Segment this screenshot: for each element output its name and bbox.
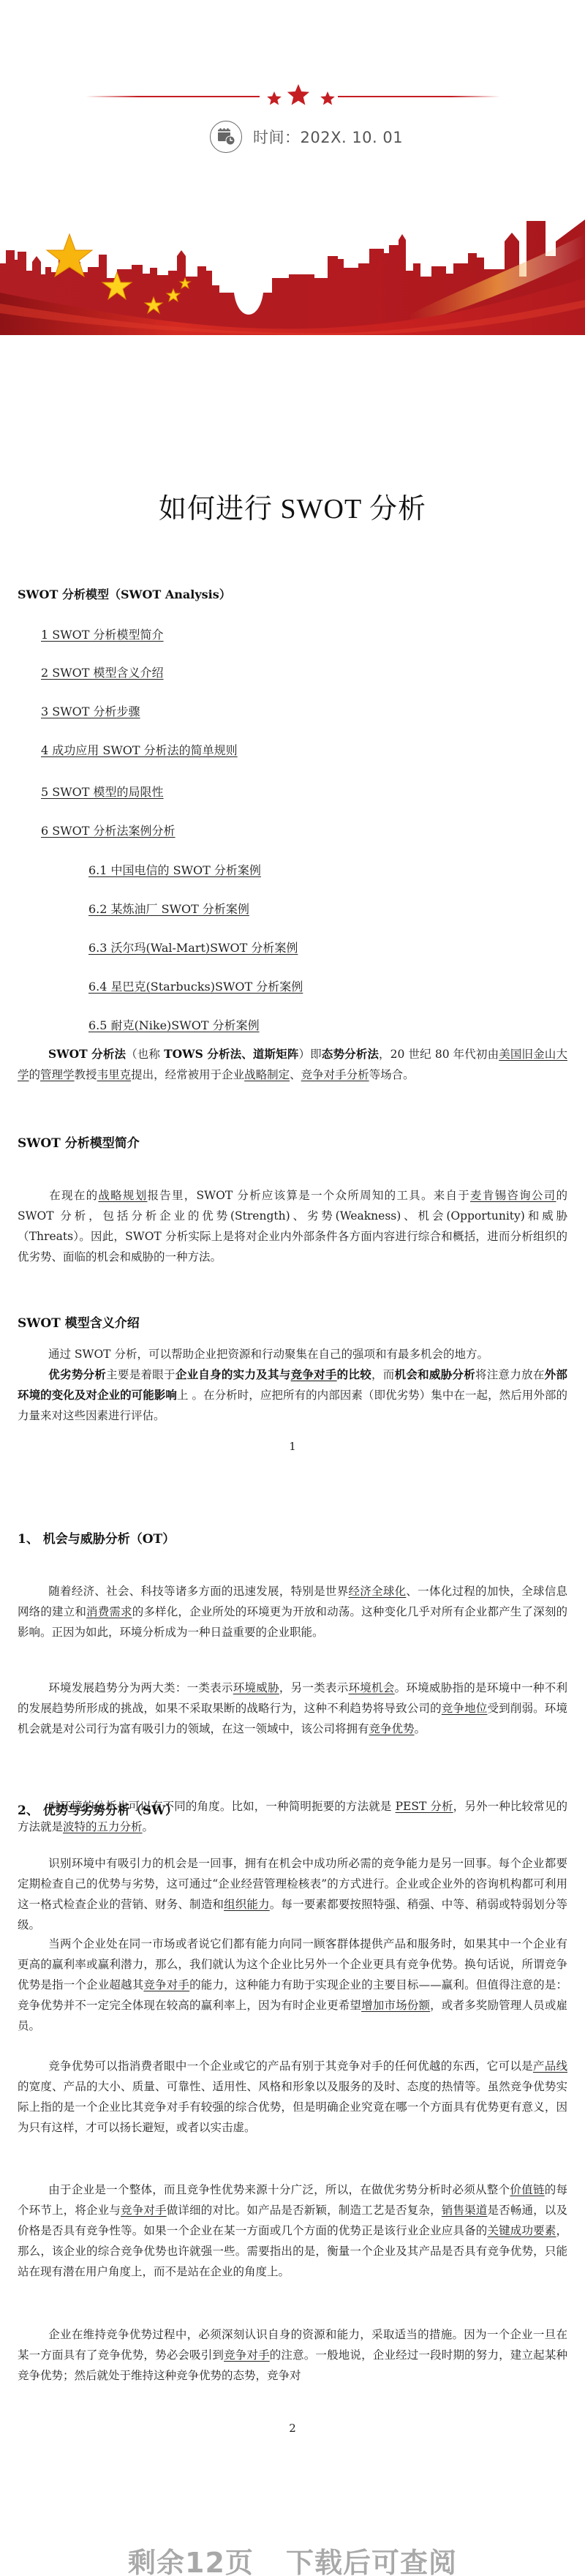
toc-item-6[interactable]: 6 SWOT 分析法案例分析 [41,822,175,838]
link-product-line[interactable]: 产品线 [533,2059,567,2073]
toc-item-6-5[interactable]: 6.5 耐克(Nike)SWOT 分析案例 [88,1016,260,1033]
link-sales-channel[interactable]: 销售渠道 [442,2204,488,2217]
sw-paragraph-2: 当两个企业处在同一市场或者说它们都有能力向同一顾客群体提供产品和服务时，如果其中… [18,1934,567,2036]
section-heading-intro: SWOT 分析模型简介 [18,1133,140,1151]
link-competitive-position[interactable]: 竞争地位 [442,1702,488,1715]
cover-date: 时间：202X. 10. 01 [253,126,403,148]
link-weihrich[interactable]: 韦里克 [97,1068,132,1081]
intro-paragraph: SWOT 分析法（也称 TOWS 分析法、道斯矩阵）即态势分析法，20 世纪 8… [18,1044,567,1085]
decorative-rule-left [86,96,260,97]
section-heading-meaning: SWOT 模型含义介绍 [18,1313,140,1331]
toc-item-1[interactable]: 1 SWOT 分析模型简介 [41,626,164,642]
page-number-2: 2 [0,2422,585,2435]
sw-paragraph-1: 识别环境中有吸引力的机会是一回事，拥有在机会中成功所必需的竞争能力是另一回事。每… [18,1853,567,1935]
city-skyline-banner [0,205,585,335]
toc-item-6-1[interactable]: 6.1 中国电信的 SWOT 分析案例 [88,861,261,878]
download-watermark: 剩余12页下载后可查阅 [0,2540,585,2576]
calendar-clock-icon [210,121,242,153]
link-competitor[interactable]: 竞争对手 [143,1978,189,1991]
sw-paragraph-3: 竞争优势可以指消费者眼中一个企业或它的产品有别于其竞争对手的任何优越的东西，它可… [18,2056,567,2138]
link-strategic-planning[interactable]: 战略规划 [98,1189,147,1202]
toc-item-6-2[interactable]: 6.2 某炼油厂 SWOT 分析案例 [88,900,249,917]
toc-item-3[interactable]: 3 SWOT 分析步骤 [41,702,140,719]
link-pest[interactable]: PEST 分析 [396,1800,453,1813]
three-red-stars-icon [260,82,338,114]
link-env-threat[interactable]: 环境威胁 [233,1681,279,1694]
link-key-success-factors[interactable]: 关键成功要素 [487,2224,556,2237]
section-heading-sw: 2、 优势与劣势分析（SW） [18,1800,178,1818]
toc-item-4[interactable]: 4 成功应用 SWOT 分析法的简单规则 [41,741,238,758]
link-competitor-analysis[interactable]: 竞争对手分析 [301,1068,369,1081]
sw-paragraph-5: 企业在维持竞争优势过程中，必须深刻认识自身的资源和能力，采取适当的措施。因为一个… [18,2324,567,2386]
link-porter-five-forces[interactable]: 波特的五力分析 [63,1820,143,1833]
link-competitor[interactable]: 竞争对手 [121,2204,167,2217]
toc-item-2[interactable]: 2 SWOT 模型含义介绍 [41,664,164,680]
document-title: 如何进行 SWOT 分析 [0,486,585,526]
section-intro-paragraph-1: 在现在的战略规划报告里，SWOT 分析应该算是一个众所周知的工具。来自于麦肯锡咨… [18,1185,567,1267]
link-env-opportunity[interactable]: 环境机会 [348,1681,394,1694]
link-org-capability[interactable]: 组织能力 [224,1898,270,1911]
link-competitor[interactable]: 竞争对手 [224,2348,270,2362]
ot-paragraph-2: 环境发展趋势分为两大类：一类表示环境威胁，另一类表示环境机会。环境威胁指的是环境… [18,1678,567,1739]
section-meaning-paragraph: 优劣势分析主要是着眼于企业自身的实力及其与竞争对手的比较，而机会和威胁分析将注意… [18,1364,567,1426]
cover-page: 时间：202X. 10. 01 [0,0,585,337]
link-mckinsey[interactable]: 麦肯锡咨询公司 [470,1189,556,1202]
toc-heading: SWOT 分析模型（SWOT Analysis） [18,585,231,602]
link-market-share[interactable]: 增加市场份额 [361,1999,430,2012]
link-competitive-advantage[interactable]: 竞争优势 [369,1722,415,1735]
decorative-rule-right [338,96,500,97]
link-strategy[interactable]: 战略制定 [244,1068,290,1081]
sw-paragraph-4: 由于企业是一个整体，而且竞争性优势来源十分广泛，所以，在做优劣势分析时必须从整个… [18,2179,567,2282]
section-intro-paragraph-2: 通过 SWOT 分析，可以帮助企业把资源和行动聚集在自己的强项和有最多机会的地方… [18,1344,567,1364]
link-management[interactable]: 管理学 [40,1068,75,1081]
ot-paragraph-1: 随着经济、社会、科技等诸多方面的迅速发展，特别是世界经济全球化、一体化过程的加快… [18,1581,567,1642]
link-competitor[interactable]: 竞争对手 [291,1367,337,1381]
toc-item-6-3[interactable]: 6.3 沃尔玛(Wal-Mart)SWOT 分析案例 [88,939,298,955]
section-heading-ot: 1、 机会与威胁分析（OT） [18,1528,175,1547]
toc-item-6-4[interactable]: 6.4 星巴克(Starbucks)SWOT 分析案例 [88,977,303,994]
link-consumer-demand[interactable]: 消费需求 [86,1605,132,1618]
toc-item-5[interactable]: 5 SWOT 模型的局限性 [41,783,164,800]
page-number-1: 1 [0,1440,585,1453]
link-value-chain[interactable]: 价值链 [510,2183,544,2196]
link-globalization[interactable]: 经济全球化 [348,1585,406,1598]
